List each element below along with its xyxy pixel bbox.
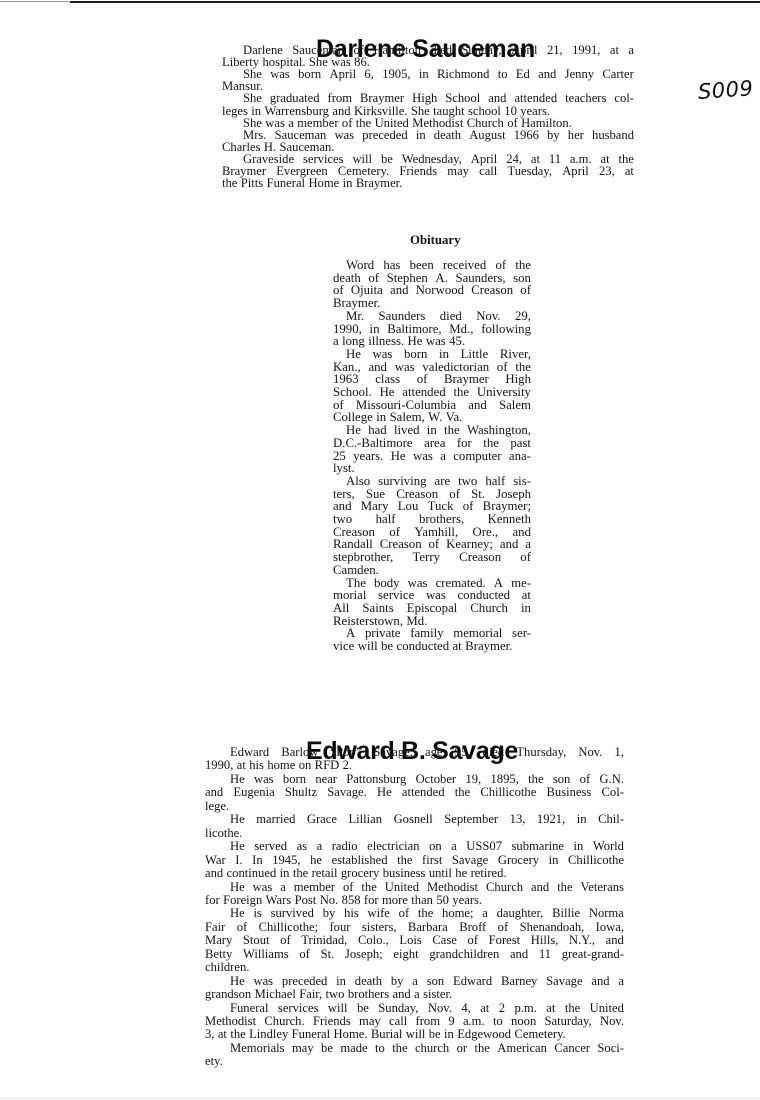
text-line: D.C.-Baltimoreareaforthepast [333,437,531,450]
scan-edge-top-left [0,1,70,2]
text-line: 1990,athishomeonRFD2. [205,759,624,772]
text-line: andcontinuedintheretailgrocerybusinessun… [205,867,624,880]
text-line: HewasprecededindeathbyasonEdwardBarneySa… [230,975,624,988]
text-line: 25years.Hewasacomputerana- [333,450,531,463]
text-line: grandsonMichaelFair,twobrothersandasiste… [205,988,624,1001]
text-line: AllSaintsEpiscopalChurchin [333,602,531,615]
scan-edge-bottom [0,1098,760,1099]
text-line: HewasamemberoftheUnitedMethodistChurchan… [230,881,624,894]
subhead-obituary: Obituary [410,233,460,248]
text-line: MemorialsmaybemadetothechurchortheAmeric… [230,1042,624,1055]
text-line: forForeignWarsPostNo.858formorethan50yea… [205,894,624,907]
text-line: FairofChillicothe;foursisters,BarbaraBro… [205,921,624,934]
text-line: Camden. [333,564,531,577]
text-line: Alsosurvivingaretwohalfsis- [346,475,531,488]
text-line: Mr.SaundersdiedNov.29, [346,310,531,323]
text-line: MethodistChurch.Friendsmaycallfrom9a.m.t… [205,1015,624,1028]
text-line: HemarriedGraceLillianGosnellSeptember13,… [230,813,624,826]
text-line: FuneralserviceswillbeSunday,Nov.4,at2p.m… [230,1002,624,1015]
text-line: licothe. [205,827,624,840]
text-line: children. [205,961,624,974]
text-line: HewasborninLittleRiver, [346,348,531,361]
text-line: thePittsFuneralHomeinBraymer. [222,177,634,190]
scan-edge-top [70,1,760,3]
text-line: andEugeniaShultzSavage.HeattendedtheChil… [205,786,624,799]
text-line: EdwardBarlow“Pop”Savage,age95,diedThursd… [230,746,624,759]
text-line: Heissurvivedbyhiswifeofthehome;adaughter… [230,907,624,920]
text-line: lege. [205,800,624,813]
text-line: Kan.,andwasvaledictorianofthe [333,361,531,374]
text-line: BettyWilliamsofSt.Joseph;eightgrandchild… [205,948,624,961]
archive-mark-handwritten: S009 [697,76,754,104]
text-line: ShewasbornApril6,1905,inRichmondtoEdandJ… [243,68,634,81]
text-line: HewasbornnearPattonsburgOctober19,1895,t… [230,773,624,786]
text-line: HeservedasaradioelectricianonaUSS07subma… [230,840,624,853]
text-line: WarI.In1945,heestablishedthefirstSavageG… [205,854,624,867]
text-line: vicewillbeconductedatBraymer. [333,640,531,653]
text-line: 3,attheLindleyFuneralHome.Burialwillbein… [205,1028,624,1041]
text-line: MaryStoutofTrinidad,Colo.,LoisCaseofFore… [205,934,624,947]
text-line: ety. [205,1055,624,1068]
